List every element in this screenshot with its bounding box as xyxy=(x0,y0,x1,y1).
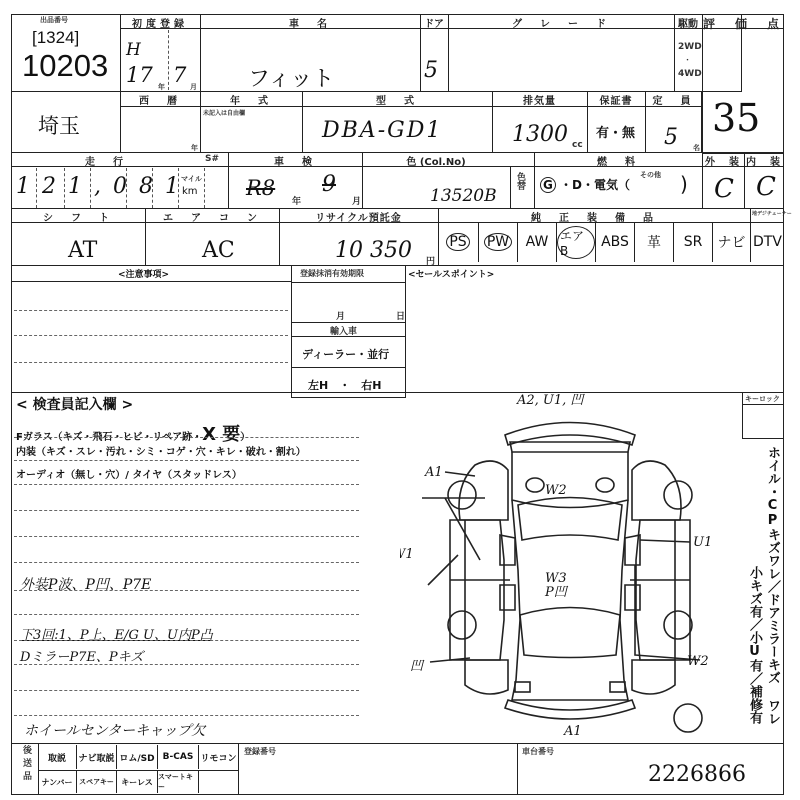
model-year-label: 年 式 xyxy=(200,92,302,107)
aircon-label: エ ア コ ン xyxy=(145,209,279,224)
doors: 5 xyxy=(424,58,438,83)
first-registration-era: H xyxy=(126,40,141,60)
warranty-label: 保証書 xyxy=(587,92,645,107)
type-label: 型 式 xyxy=(302,92,492,107)
inspector-title: < 検査員記入欄 > xyxy=(16,394,133,414)
steering-options: 左H ・ 右H xyxy=(308,377,381,393)
equip-sunroof: SR xyxy=(673,222,712,262)
exterior-grade: C xyxy=(714,174,734,204)
doors-label: ドア xyxy=(420,15,448,30)
shift-label: シ フ ト xyxy=(11,209,145,224)
drive-2wd: 2WD xyxy=(678,42,702,52)
acc-keyless: キーレス xyxy=(116,771,157,793)
equip-leather: 革 xyxy=(634,222,673,262)
score-value: 35 xyxy=(712,96,760,140)
acc-remote: リモコン xyxy=(198,745,238,769)
lot-code: [1324] xyxy=(32,28,79,48)
western-year-label: 西 暦 xyxy=(120,92,200,107)
drive-4wd: 4WD xyxy=(678,69,702,79)
lot-number: 10203 xyxy=(22,48,108,84)
car-name-label: 車 名 xyxy=(200,15,420,30)
capacity-label: 定 員 xyxy=(645,92,702,107)
acc-empty xyxy=(198,771,238,793)
mark-left-door: W1 xyxy=(400,547,414,562)
handwritten-note-1: 外装P波、P凹、P7E xyxy=(20,574,151,594)
acc-spare-key: スペアキー xyxy=(76,771,116,793)
equip-aw: AW xyxy=(517,222,556,262)
mark-left-rear: 凹 xyxy=(410,659,425,674)
mileage-label: 走 行 xyxy=(11,153,201,168)
equip-navi: ナビ xyxy=(712,222,750,262)
reg-number-label: 登録番号 xyxy=(244,746,276,757)
acc-navi-manual: ナビ取説 xyxy=(76,745,116,769)
color-code: 13520B xyxy=(430,186,497,206)
exterior-label: 外 装 xyxy=(702,153,744,168)
mark-windshield: W2 xyxy=(545,483,567,498)
sales-points-label: <セールスポイント> xyxy=(408,267,494,280)
import-dealer-options: ディーラー・並行 xyxy=(302,346,389,362)
car-damage-diagram: A2, U1, 凹 A1 W2 W1 U1 W3 P凹 凹 W2 A1 xyxy=(400,390,740,740)
interior-damage-line: 内装（キズ・スレ・汚れ・シミ・コゲ・穴・キレ・破れ・割れ） xyxy=(16,443,306,458)
mark-roof-2: P凹 xyxy=(544,585,569,600)
chassis-number: 2226866 xyxy=(648,762,746,787)
first-registration-year: 17 xyxy=(126,63,153,87)
equip-abs: ABS xyxy=(595,222,634,262)
interior-label: 内 装 xyxy=(744,153,784,168)
inspection-month: 9 xyxy=(322,172,336,197)
inspection-label: 車 検 xyxy=(228,153,362,168)
region: 埼玉 xyxy=(38,110,80,140)
side-note-line1: ホイル・CPキズワレ／ドアミラーキズ ワレ xyxy=(764,446,780,746)
displacement-value: 1300 xyxy=(512,122,568,147)
audio-tire-line: オーディオ（無し・穴）/ タイヤ（スタッドレス） xyxy=(16,466,242,481)
interior-grade: C xyxy=(756,172,776,202)
capacity-value: 5 xyxy=(664,125,678,150)
first-registration-month: 7 xyxy=(173,63,186,87)
auction-house-label: 出品番号 xyxy=(40,15,68,25)
equip-pw: PW xyxy=(478,222,517,262)
shift-value: AT xyxy=(68,238,97,263)
fuel-label: 燃 料 xyxy=(534,153,702,168)
acc-smart-key: スマートキー xyxy=(157,771,198,793)
fuel-gasoline-selected: G xyxy=(540,177,556,193)
handwritten-note-4: ホイールセンターキャップ欠 xyxy=(24,720,205,740)
inspection-year: R8 xyxy=(246,176,275,200)
first-registration-label: 初度登録 xyxy=(120,15,200,30)
displacement-label: 排気量 xyxy=(492,92,587,107)
mileage-value: 121,081 xyxy=(16,174,191,199)
mark-front-bumper: A2, U1, 凹 xyxy=(516,393,585,408)
aircon-value: AC xyxy=(202,238,235,263)
chassis-label: 車台番号 xyxy=(522,746,554,757)
caution-label: <注意事項> xyxy=(118,267,169,280)
score-label: 評 価 点 xyxy=(702,15,784,32)
acc-bcas: B-CAS xyxy=(157,745,198,769)
color-label: 色 (Col.No) xyxy=(362,153,510,168)
mark-right-door: U1 xyxy=(693,535,712,550)
side-note-line2: 小キズ有／小U有／補修有 xyxy=(746,566,762,746)
acc-manual: 取説 xyxy=(38,745,76,769)
handwritten-note-3: DミラーP7E、Pキズ xyxy=(20,646,143,665)
fuel-options: G ・D・電気（ xyxy=(540,176,630,193)
car-name: フィット xyxy=(248,62,334,93)
drive-label: 駆動 xyxy=(674,15,702,30)
equip-airbag: エアB xyxy=(556,222,595,262)
accessories-label: 後送品 xyxy=(20,745,33,793)
mark-roof: W3 xyxy=(545,571,567,586)
mark-left-fender: A1 xyxy=(424,465,443,480)
equip-dtv: DTV xyxy=(750,222,784,262)
recycle-fee: 10 350 xyxy=(335,238,412,263)
warranty-options: 有・無 xyxy=(596,122,635,141)
top-clipped-title xyxy=(260,0,400,4)
mark-right-rear: W2 xyxy=(687,654,709,669)
mark-rear-bumper: A1 xyxy=(563,724,582,739)
equip-ps: PS xyxy=(438,222,478,262)
acc-number-plate: ナンバー xyxy=(38,771,76,793)
acc-rom-sd: ロム/SD xyxy=(116,745,157,769)
recycle-label: リサイクル預託金 xyxy=(279,209,438,224)
grade-label: グ レ ー ド xyxy=(448,15,674,30)
type-value: DBA-GD1 xyxy=(322,118,442,143)
